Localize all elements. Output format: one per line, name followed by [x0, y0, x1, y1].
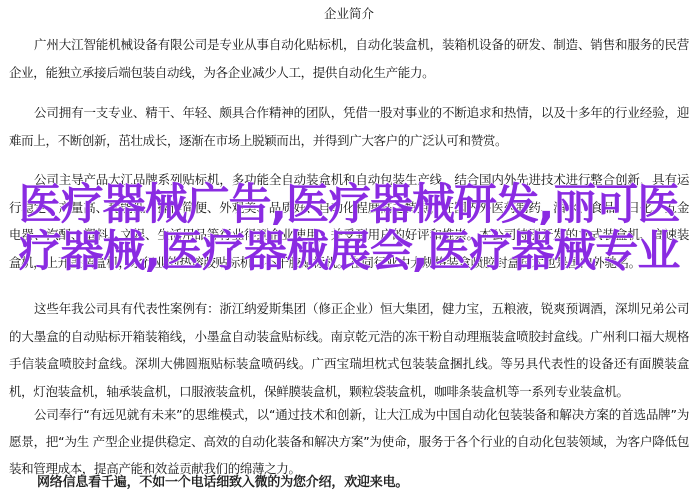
paragraph-team: 公司拥有一支专业、精干、年轻、颇具合作精神的团队，凭借一股对事业的不断追求和热情… — [9, 99, 689, 154]
paragraph-cases: 这些年我公司具有代表性案例有：浙江纳爱斯集团（修正企业）恒大集团，健力宝，五粮液… — [9, 295, 689, 405]
closing-call-to-action: 网络信息看千遍，不如一个电话细致入微的为您介绍，欢迎来电。 — [37, 473, 408, 493]
paragraph-products: 公司主导产品大江品牌系列贴标机，多功能全自动装盒机和自动包装生产线，结合国内外先… — [9, 166, 689, 276]
paragraph-vision: 公司奉行“有远见就有未来”的思维模式，以“通过技术和创新，让大江成为中国自动化包… — [9, 401, 689, 482]
page-title: 企业简介 — [0, 4, 698, 24]
paragraph-intro: 广州大江智能机械设备有限公司是专业从事自动化贴标机，自动化装盒机，装箱机设备的研… — [9, 31, 689, 86]
